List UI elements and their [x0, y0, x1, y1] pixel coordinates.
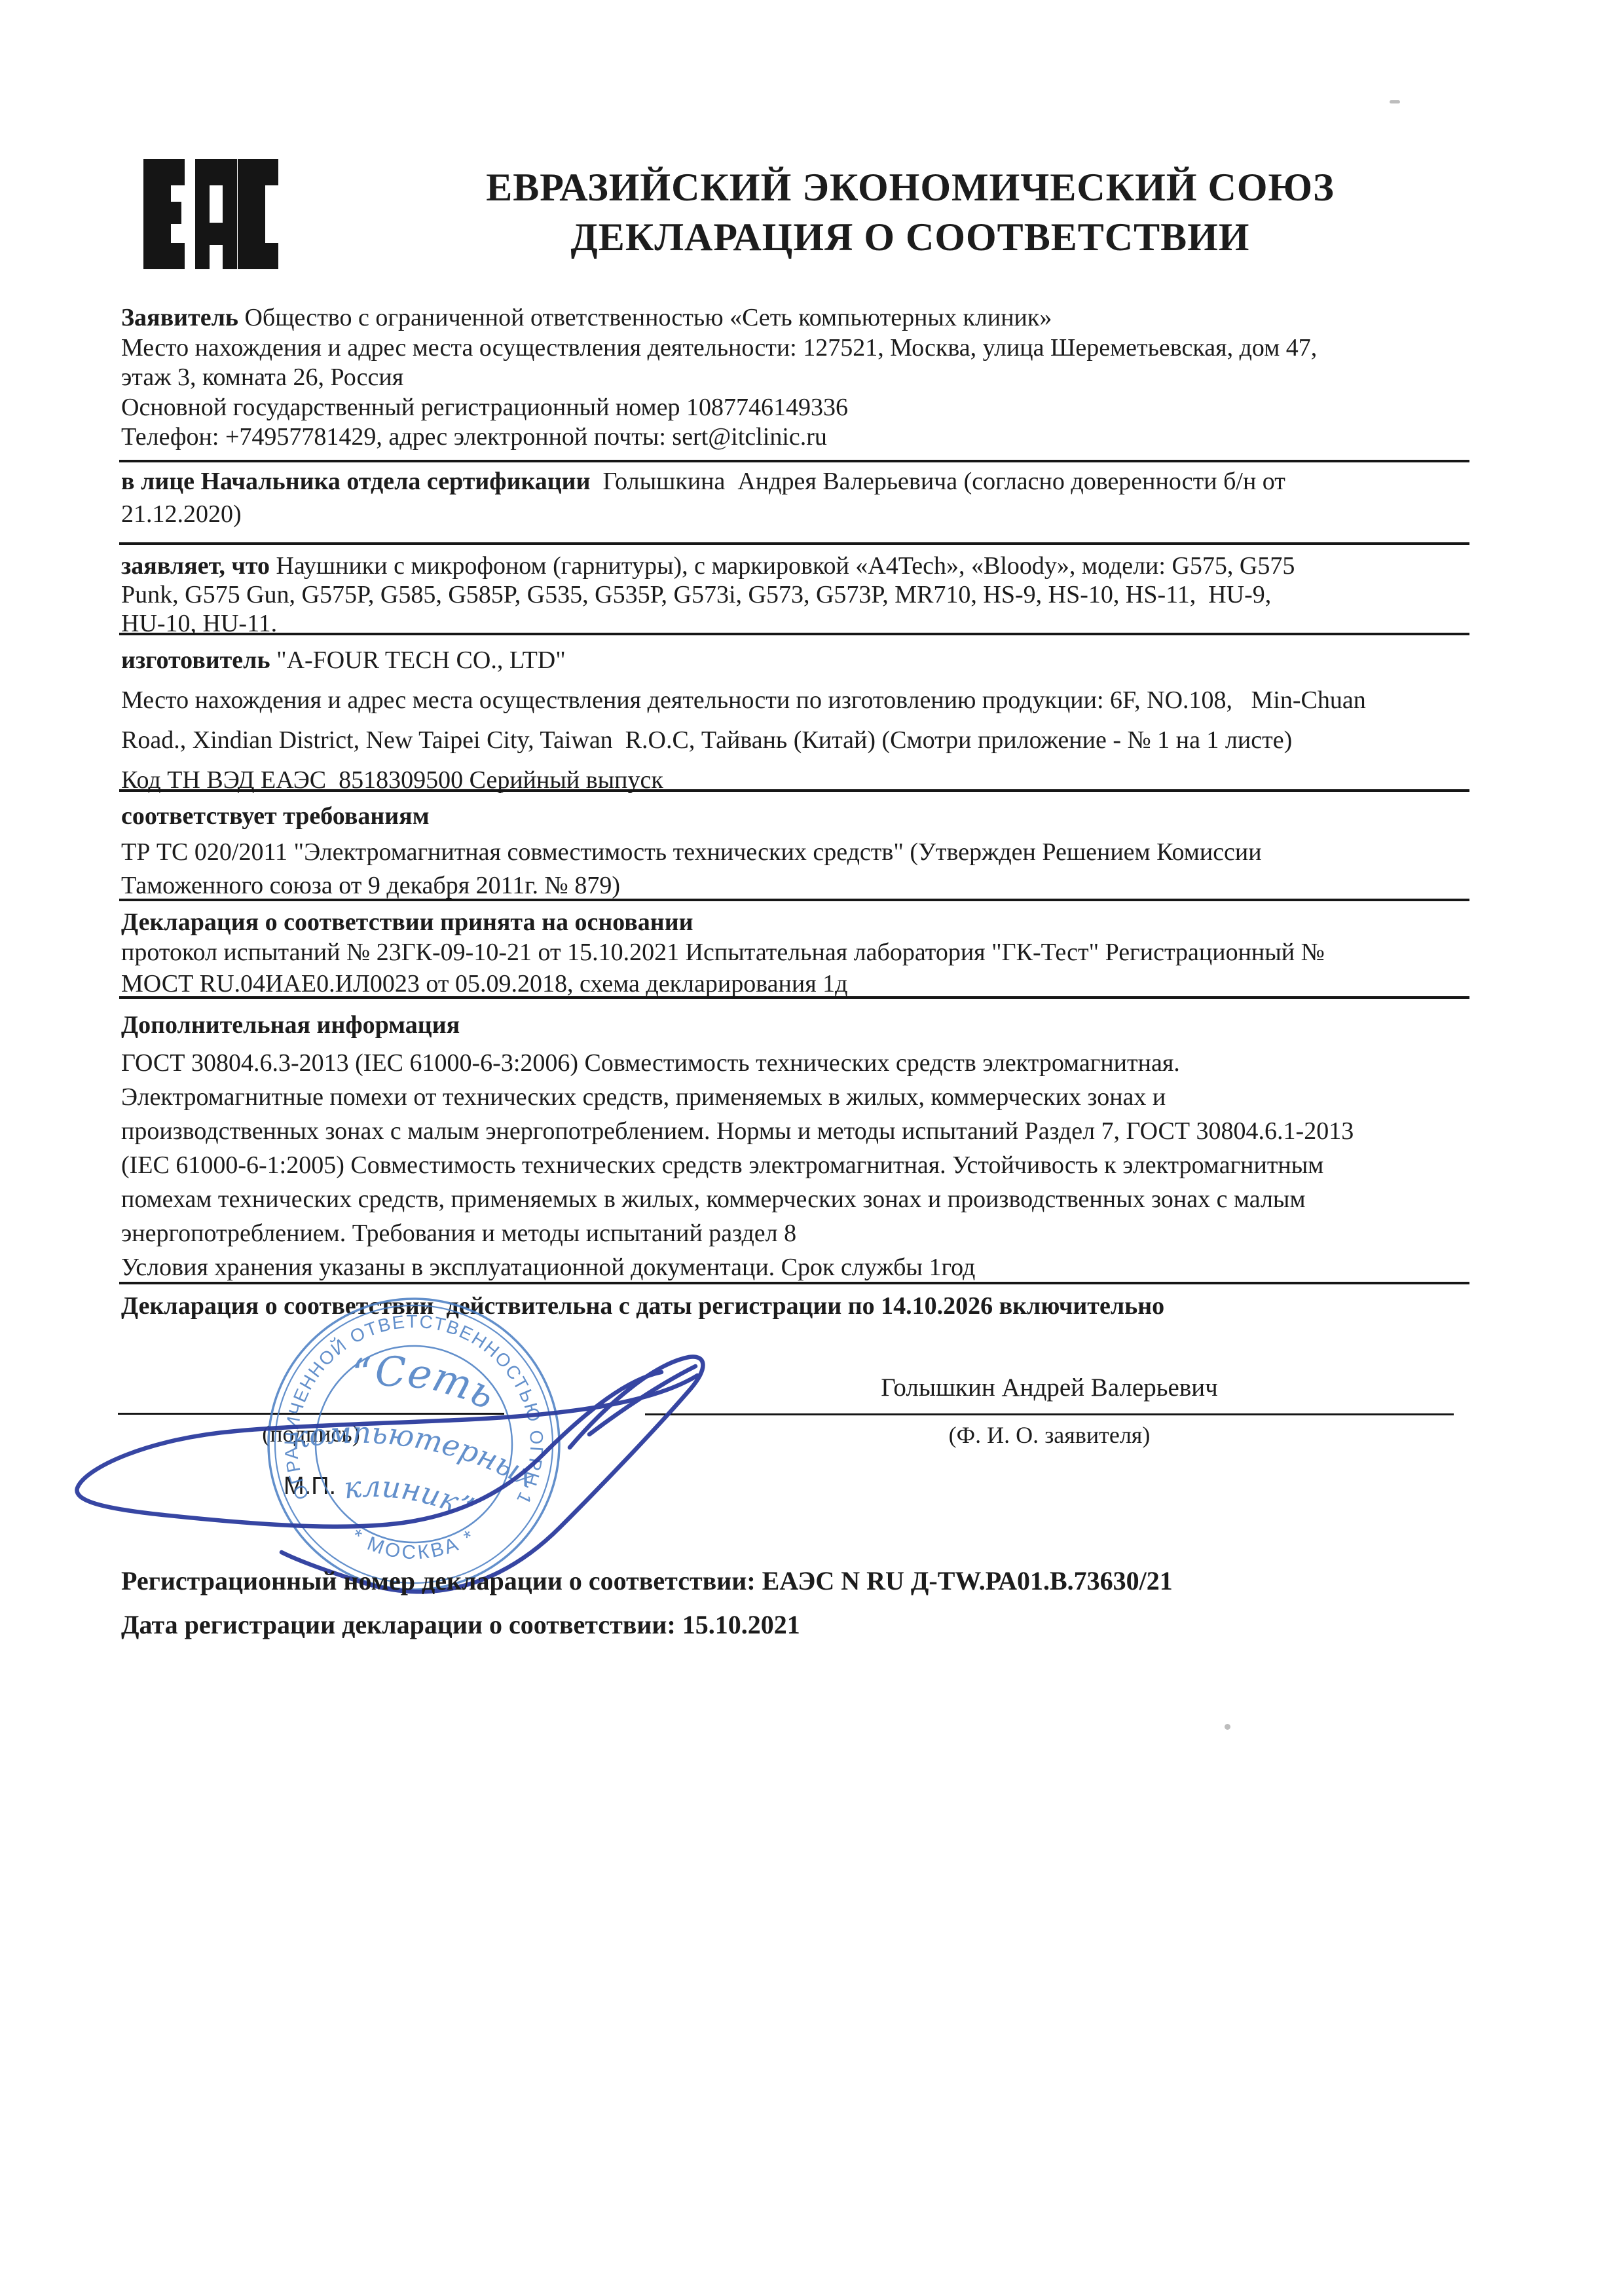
representative-date-line: 21.12.2020) — [121, 498, 1285, 531]
additional-info-details: ГОСТ 30804.6.3-2013 (IEC 61000-6-3:2006)… — [121, 1046, 1354, 1284]
section-manufacturer: изготовитель "A-FOUR TECH CO., LTD" Мест… — [121, 641, 1366, 800]
additional-info-label: Дополнительная информация — [121, 1011, 460, 1039]
manufacturer-name: "A-FOUR TECH CO., LTD" — [270, 646, 566, 674]
scan-artifact — [1225, 1724, 1230, 1730]
section-compliance: соответствует требованиям — [121, 802, 430, 830]
product-description: Наушники с микрофоном (гарнитуры), с мар… — [270, 552, 1295, 580]
applicant-address-line: этаж 3, комната 26, Россия — [121, 363, 1317, 393]
test-protocol-line: протокол испытаний № 23ГК-09-10-21 от 15… — [121, 937, 1325, 968]
applicant-label: Заявитель — [121, 304, 238, 331]
gost-line: Электромагнитные помехи от технических с… — [121, 1080, 1354, 1114]
svg-text:клиник”: клиник” — [337, 1463, 481, 1527]
gost-line: производственных зонах с малым энергопот… — [121, 1114, 1354, 1148]
svg-text:ОБЩЕСТВО С ОГРАНИЧЕННОЙ ОТВЕТС: ОБЩЕСТВО С ОГРАНИЧЕННОЙ ОТВЕТСТВЕННОСТЬЮ… — [39, 1271, 547, 1510]
section-divider — [119, 789, 1469, 792]
section-divider — [119, 460, 1469, 462]
test-protocol-line: МОСТ RU.04ИАЕ0.ИЛ0023 от 05.09.2018, схе… — [121, 968, 1325, 999]
section-additional-info: Дополнительная информация — [121, 1011, 460, 1039]
stamp-ring-text: ОБЩЕСТВО С ОГРАНИЧЕННОЙ ОТВЕТСТВЕННОСТЬЮ… — [39, 1271, 547, 1510]
declaration-document: ЕВРАЗИЙСКИЙ ЭКОНОМИЧЕСКИЙ СОЮЗДЕКЛАРАЦИЯ… — [0, 0, 1624, 2295]
manufacturer-address-line: Место нахождения и адрес места осуществл… — [121, 681, 1366, 720]
svg-text:* МОСКВА *: * МОСКВА * — [348, 1525, 480, 1563]
basis-details: протокол испытаний № 23ГК-09-10-21 от 15… — [121, 937, 1325, 999]
scan-artifact — [1390, 100, 1400, 103]
document-title: ЕВРАЗИЙСКИЙ ЭКОНОМИЧЕСКИЙ СОЮЗДЕКЛАРАЦИЯ… — [367, 162, 1454, 262]
section-divider — [119, 542, 1469, 545]
stamp-city-text: * МОСКВА * — [348, 1525, 480, 1563]
section-applicant: Заявитель Общество с ограниченной ответс… — [121, 303, 1317, 453]
title-line1: ЕВРАЗИЙСКИЙ ЭКОНОМИЧЕСКИЙ СОЮЗ — [486, 166, 1335, 209]
registration-date-line: Дата регистрации декларации о соответств… — [121, 1609, 800, 1640]
representative-label: в лице Начальника отдела сертификации — [121, 468, 590, 495]
compliance-label: соответствует требованиям — [121, 802, 430, 830]
section-divider — [119, 996, 1469, 999]
gost-line: (IEC 61000-6-1:2005) Совместимость техни… — [121, 1148, 1354, 1182]
applicant-contact-line: Телефон: +74957781429, адрес электронной… — [121, 422, 1317, 453]
applicant-ogrn-line: Основной государственный регистрационный… — [121, 393, 1317, 423]
applicant-address-line: Место нахождения и адрес места осуществл… — [121, 333, 1317, 364]
representative-name: Голышкина Андрея Валерьевича (согласно д… — [590, 468, 1285, 495]
title-line2: ДЕКЛАРАЦИЯ О СООТВЕТСТВИИ — [571, 215, 1250, 259]
product-models-line: Punk, G575 Gun, G575P, G585, G585P, G535… — [121, 580, 1295, 609]
company-stamp: ОБЩЕСТВО С ОГРАНИЧЕННОЙ ОТВЕТСТВЕННОСТЬЮ… — [39, 1271, 559, 1590]
gost-line: ГОСТ 30804.6.3-2013 (IEC 61000-6-3:2006)… — [121, 1046, 1354, 1080]
section-basis: Декларация о соответствии принята на осн… — [121, 908, 693, 937]
eac-logo-icon — [141, 157, 280, 272]
section-divider — [119, 899, 1469, 901]
manufacturer-address-line: Road., Xindian District, New Taipei City… — [121, 720, 1366, 760]
tr-ts-line: Таможенного союза от 9 декабря 2011г. № … — [121, 869, 1262, 903]
tr-ts-line: ТР ТС 020/2011 "Электромагнитная совмест… — [121, 836, 1262, 869]
section-product: заявляет, что Наушники с микрофоном (гар… — [121, 551, 1295, 638]
gost-line: энергопотреблением. Требования и методы … — [121, 1216, 1354, 1250]
section-representative: в лице Начальника отдела сертификации Го… — [121, 465, 1285, 531]
declares-label: заявляет, что — [121, 552, 270, 580]
manufacturer-label: изготовитель — [121, 646, 270, 674]
applicant-name: Общество с ограниченной ответственностью… — [238, 304, 1052, 331]
stamp-center-line3: клиник” — [337, 1463, 481, 1527]
basis-label: Декларация о соответствии принята на осн… — [121, 908, 693, 937]
registration-number-line: Регистрационный номер декларации о соотв… — [121, 1565, 1173, 1596]
tnved-code-line: Код ТН ВЭД ЕАЭС 8518309500 Серийный выпу… — [121, 760, 1366, 800]
gost-line: помехам технических средств, применяемых… — [121, 1182, 1354, 1216]
section-divider — [119, 633, 1469, 635]
compliance-requirements: ТР ТС 020/2011 "Электромагнитная совмест… — [121, 836, 1262, 903]
